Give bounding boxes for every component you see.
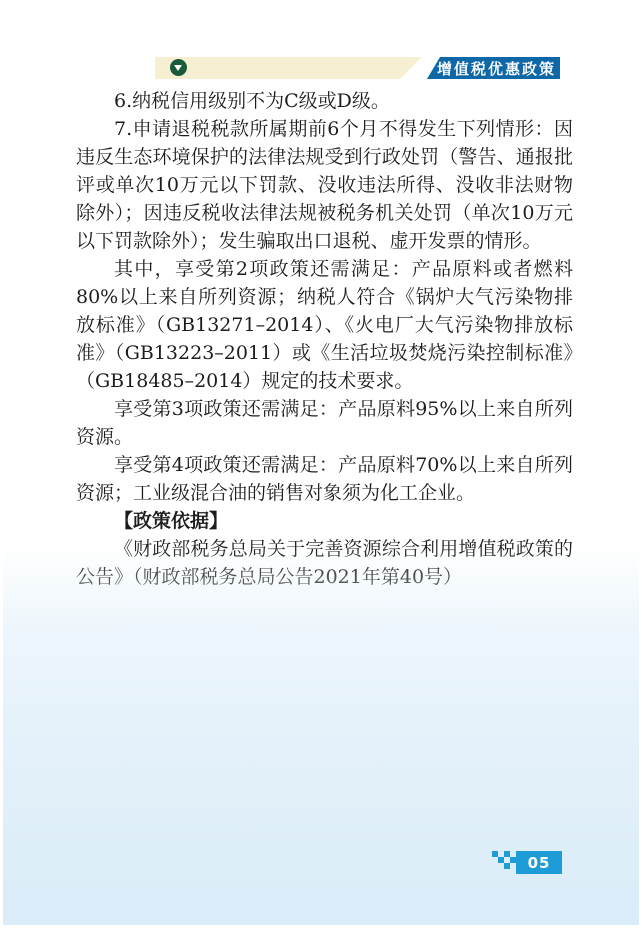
header-bar bbox=[155, 57, 422, 79]
chevron-down-glyph bbox=[174, 65, 182, 71]
header-tab: 增值税优惠政策 bbox=[427, 57, 560, 79]
body-paragraph: 其中，享受第2项政策还需满足：产品原料或者燃料80%以上来自所列资源；纳税人符合… bbox=[76, 255, 573, 395]
page-number: 05 bbox=[516, 851, 562, 874]
body-paragraph: 享受第3项政策还需满足：产品原料95%以上来自所列资源。 bbox=[76, 395, 573, 451]
document-page: 增值税优惠政策 6.纳税信用级别不为C级或D级。 7.申请退税税款所属期前6个月… bbox=[0, 0, 642, 929]
body-paragraph: 7.申请退税税款所属期前6个月不得发生下列情形：因违反生态环境保护的法律法规受到… bbox=[76, 115, 573, 255]
policy-basis-heading: 【政策依据】 bbox=[76, 507, 573, 535]
chevron-down-circle-icon bbox=[170, 59, 187, 76]
pixel-steps-icon bbox=[492, 851, 516, 874]
document-body: 6.纳税信用级别不为C级或D级。 7.申请退税税款所属期前6个月不得发生下列情形… bbox=[76, 87, 573, 591]
header-tab-label: 增值税优惠政策 bbox=[437, 58, 556, 79]
page-number-badge: 05 bbox=[492, 851, 562, 874]
body-paragraph: 享受第4项政策还需满足：产品原料70%以上来自所列资源；工业级混合油的销售对象须… bbox=[76, 451, 573, 507]
body-paragraph: 6.纳税信用级别不为C级或D级。 bbox=[76, 87, 573, 115]
